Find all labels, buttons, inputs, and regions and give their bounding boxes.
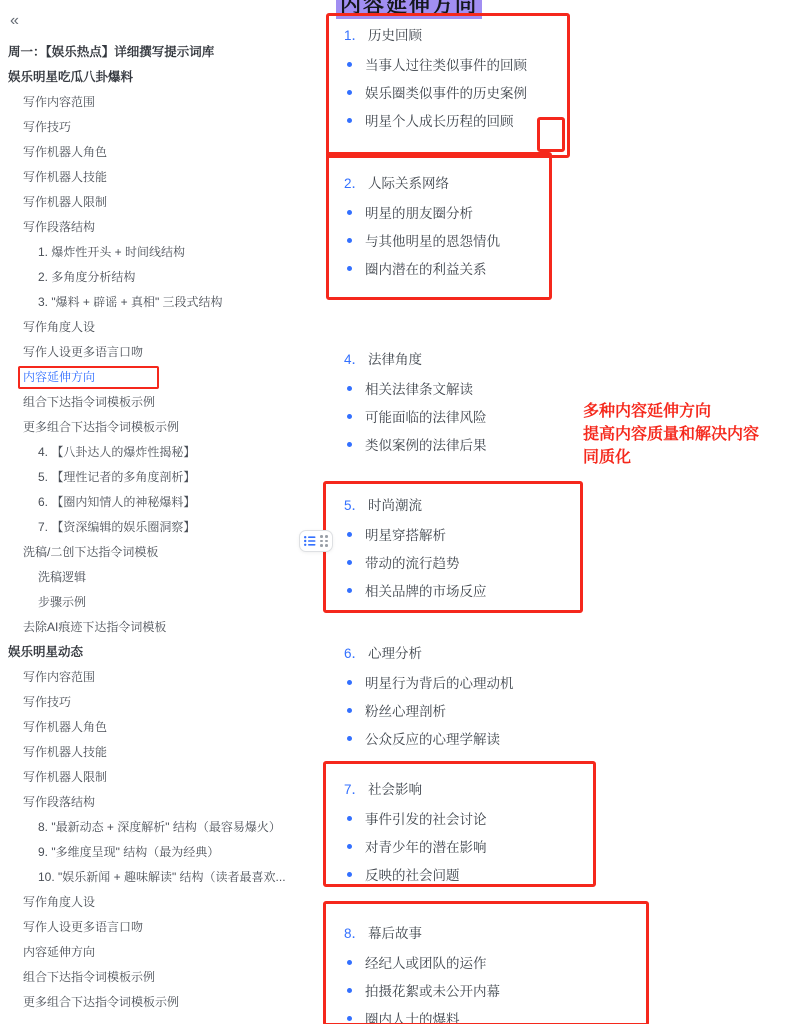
sidebar-item-label: 洗稿/二创下达指令词模板: [23, 545, 158, 559]
bullet-text: 圈内人士的爆料: [365, 1008, 460, 1024]
sidebar-item[interactable]: 写作机器人技能: [0, 740, 325, 765]
sidebar-item[interactable]: 内容延伸方向: [0, 365, 325, 390]
sidebar-item[interactable]: 6. 【圈内知情人的神秘爆料】: [0, 490, 325, 515]
section-heading[interactable]: 7．社会影响: [344, 776, 487, 804]
bullet-dot-icon: [347, 872, 352, 877]
section-title: 历史回顾: [368, 28, 422, 43]
section-number: 5．: [344, 498, 365, 513]
bullet-dot-icon: [347, 588, 352, 593]
bullet-item[interactable]: 公众反应的心理学解读: [344, 724, 514, 752]
sidebar-item[interactable]: 内容延伸方向: [0, 940, 325, 965]
sidebar-item[interactable]: 更多组合下达指令词模板示例: [0, 415, 325, 440]
bullet-dot-icon: [347, 442, 352, 447]
bullet-text: 相关品牌的市场反应: [365, 580, 487, 600]
bullet-text: 娱乐圈类似事件的历史案例: [365, 82, 527, 102]
bullet-item[interactable]: 娱乐圈类似事件的历史案例: [344, 78, 527, 106]
bullet-dot-icon: [347, 532, 352, 537]
bullet-dot-icon: [347, 680, 352, 685]
section-number: 1．: [344, 28, 365, 43]
bullet-dot-icon: [347, 386, 352, 391]
bullet-item[interactable]: 带动的流行趋势: [344, 548, 487, 576]
sidebar-item-label: 写作段落结构: [23, 795, 95, 809]
sidebar-item-label: 更多组合下达指令词模板示例: [23, 420, 179, 434]
bullet-item[interactable]: 明星的朋友圈分析: [344, 198, 500, 226]
bullet-item[interactable]: 与其他明星的恩怨情仇: [344, 226, 500, 254]
doc-section: 1．历史回顾当事人过往类似事件的回顾娱乐圈类似事件的历史案例明星个人成长历程的回…: [344, 22, 527, 134]
doc-section: 2．人际关系网络明星的朋友圈分析与其他明星的恩怨情仇圈内潜在的利益关系: [344, 170, 500, 282]
sidebar-item[interactable]: 写作技巧: [0, 115, 325, 140]
sidebar-item[interactable]: 9. "多维度呈现" 结构（最为经典）: [0, 840, 325, 865]
sidebar-item-label: 洗稿逻辑: [38, 570, 86, 584]
bullet-dot-icon: [347, 960, 352, 965]
sidebar-item[interactable]: 10. "娱乐新闻 + 趣味解读" 结构（读者最喜欢...: [0, 865, 325, 890]
bullet-text: 对青少年的潜在影响: [365, 836, 487, 856]
bullet-item[interactable]: 圈内人士的爆料: [344, 1004, 500, 1024]
bullet-dot-icon: [347, 736, 352, 741]
bullet-text: 圈内潜在的利益关系: [365, 258, 487, 278]
sidebar-item-label: 周一：【娱乐热点】详细撰写提示词库: [8, 45, 214, 59]
section-title: 时尚潮流: [368, 498, 422, 513]
section-heading[interactable]: 5．时尚潮流: [344, 492, 487, 520]
bullet-item[interactable]: 圈内潜在的利益关系: [344, 254, 500, 282]
bullet-dot-icon: [347, 560, 352, 565]
section-number: 8．: [344, 926, 365, 941]
bullet-dot-icon: [347, 414, 352, 419]
sidebar-item[interactable]: 写作机器人技能: [0, 165, 325, 190]
sidebar-item-label: 10. "娱乐新闻 + 趣味解读" 结构（读者最喜欢...: [38, 870, 286, 884]
bullet-item[interactable]: 可能面临的法律风险: [344, 402, 487, 430]
sidebar-item-label: 写作技巧: [23, 695, 71, 709]
bullet-dot-icon: [347, 988, 352, 993]
bullet-dot-icon: [347, 238, 352, 243]
document-outline-sidebar: 周一：【娱乐热点】详细撰写提示词库娱乐明星吃瓜八卦爆料写作内容范围写作技巧写作机…: [0, 40, 325, 1015]
section-title: 人际关系网络: [368, 176, 449, 191]
sidebar-item[interactable]: 3. "爆料 + 辟谣 + 真相" 三段式结构: [0, 290, 325, 315]
sidebar-item[interactable]: 写作机器人限制: [0, 190, 325, 215]
sidebar-item-label: 9. "多维度呈现" 结构（最为经典）: [38, 845, 219, 859]
sidebar-item-label: 写作角度人设: [23, 895, 95, 909]
list-icon: [303, 534, 317, 548]
sidebar-item[interactable]: 写作段落结构: [0, 790, 325, 815]
bullet-item[interactable]: 对青少年的潜在影响: [344, 832, 487, 860]
bullet-text: 明星的朋友圈分析: [365, 202, 473, 222]
bullet-text: 类似案例的法律后果: [365, 434, 487, 454]
bullet-text: 拍摄花絮或未公开内幕: [365, 980, 500, 1000]
annotation-note-line: 提高内容质量和解决内容: [583, 423, 759, 446]
bullet-dot-icon: [347, 708, 352, 713]
chevron-double-left-icon: «: [10, 12, 19, 29]
page-title[interactable]: 内容延伸方向: [336, 0, 482, 19]
sidebar-item[interactable]: 写作内容范围: [0, 90, 325, 115]
sidebar-item-label: 写作角度人设: [23, 320, 95, 334]
bullet-item[interactable]: 反映的社会问题: [344, 860, 487, 888]
sidebar-item[interactable]: 写作角度人设: [0, 315, 325, 340]
section-title: 幕后故事: [368, 926, 422, 941]
annotation-note-line: 同质化: [583, 446, 759, 469]
sidebar-item-label: 写作内容范围: [23, 95, 95, 109]
sidebar-item[interactable]: 4. 【八卦达人的爆炸性揭秘】: [0, 440, 325, 465]
section-number: 7．: [344, 782, 365, 797]
bullet-item[interactable]: 明星行为背后的心理动机: [344, 668, 514, 696]
bullet-item[interactable]: 类似案例的法律后果: [344, 430, 487, 458]
sidebar-item-label: 更多组合下达指令词模板示例: [23, 995, 179, 1009]
sidebar-item-label: 写作人设更多语言口吻: [23, 345, 143, 359]
sidebar-item-label: 写作段落结构: [23, 220, 95, 234]
bullet-text: 当事人过往类似事件的回顾: [365, 54, 527, 74]
bullet-dot-icon: [347, 266, 352, 271]
bullet-text: 事件引发的社会讨论: [365, 808, 487, 828]
section-title: 法律角度: [368, 352, 422, 367]
doc-section: 7．社会影响事件引发的社会讨论对青少年的潜在影响反映的社会问题: [344, 776, 487, 888]
sidebar-item-label: 组合下达指令词模板示例: [23, 395, 155, 409]
bullet-item[interactable]: 明星个人成长历程的回顾: [344, 106, 527, 134]
doc-section: 4．法律角度相关法律条文解读可能面临的法律风险类似案例的法律后果: [344, 346, 487, 458]
sidebar-item[interactable]: 7. 【资深编辑的娱乐圈洞察】: [0, 515, 325, 540]
section-heading[interactable]: 6．心理分析: [344, 640, 514, 668]
sidebar-item[interactable]: 写作人设更多语言口吻: [0, 340, 325, 365]
sidebar-item-label: 写作机器人技能: [23, 170, 107, 184]
doc-section: 6．心理分析明星行为背后的心理动机粉丝心理剖析公众反应的心理学解读: [344, 640, 514, 752]
bullet-item[interactable]: 经纪人或团队的运作: [344, 948, 500, 976]
bullet-dot-icon: [347, 210, 352, 215]
sidebar-item-label: 娱乐明星吃瓜八卦爆料: [8, 70, 133, 84]
sidebar-item[interactable]: 组合下达指令词模板示例: [0, 965, 325, 990]
sidebar-item[interactable]: 写作机器人角色: [0, 140, 325, 165]
sidebar-item[interactable]: 5. 【理性记者的多角度剖析】: [0, 465, 325, 490]
bullet-text: 经纪人或团队的运作: [365, 952, 487, 972]
bullet-text: 反映的社会问题: [365, 864, 460, 884]
sidebar-item-label: 5. 【理性记者的多角度剖析】: [38, 470, 195, 484]
drag-dots-icon: [319, 534, 329, 548]
sidebar-item[interactable]: 写作技巧: [0, 690, 325, 715]
sidebar-item-label: 娱乐明星动态: [8, 645, 83, 659]
sidebar-item-label: 7. 【资深编辑的娱乐圈洞察】: [38, 520, 195, 534]
bullet-dot-icon: [347, 816, 352, 821]
bullet-text: 与其他明星的恩怨情仇: [365, 230, 500, 250]
section-number: 4．: [344, 352, 365, 367]
sidebar-item-label: 写作机器人技能: [23, 745, 107, 759]
bullet-item[interactable]: 粉丝心理剖析: [344, 696, 514, 724]
sidebar-item-label: 内容延伸方向: [18, 366, 159, 389]
bullet-dot-icon: [347, 118, 352, 123]
bullet-text: 公众反应的心理学解读: [365, 728, 500, 748]
bullet-dot-icon: [347, 1016, 352, 1021]
sidebar-item[interactable]: 娱乐明星动态: [0, 640, 325, 665]
sidebar-item[interactable]: 娱乐明星吃瓜八卦爆料: [0, 65, 325, 90]
bullet-dot-icon: [347, 62, 352, 67]
sidebar-item-label: 8. "最新动态 + 深度解析" 结构（最容易爆火）: [38, 820, 281, 834]
section-heading[interactable]: 2．人际关系网络: [344, 170, 500, 198]
sidebar-item-label: 6. 【圈内知情人的神秘爆料】: [38, 495, 195, 509]
section-heading[interactable]: 4．法律角度: [344, 346, 487, 374]
annotation-box-small: [537, 117, 565, 152]
sidebar-item[interactable]: 洗稿逻辑: [0, 565, 325, 590]
sidebar-collapse-button[interactable]: «: [10, 12, 19, 30]
bullet-text: 明星个人成长历程的回顾: [365, 110, 514, 130]
section-number: 6．: [344, 646, 365, 661]
block-handle[interactable]: [299, 530, 333, 552]
sidebar-item-label: 去除AI痕迹下达指令词模板: [23, 620, 166, 634]
sidebar-item[interactable]: 写作机器人角色: [0, 715, 325, 740]
bullet-item[interactable]: 明星穿搭解析: [344, 520, 487, 548]
sidebar-item[interactable]: 洗稿/二创下达指令词模板: [0, 540, 325, 565]
sidebar-item[interactable]: 写作机器人限制: [0, 765, 325, 790]
sidebar-item-label: 2. 多角度分析结构: [38, 270, 135, 284]
bullet-text: 明星行为背后的心理动机: [365, 672, 514, 692]
sidebar-item-label: 写作人设更多语言口吻: [23, 920, 143, 934]
bullet-item[interactable]: 相关品牌的市场反应: [344, 576, 487, 604]
bullet-text: 可能面临的法律风险: [365, 406, 487, 426]
sidebar-item-label: 3. "爆料 + 辟谣 + 真相" 三段式结构: [38, 295, 223, 309]
sidebar-item[interactable]: 步骤示例: [0, 590, 325, 615]
section-heading[interactable]: 8．幕后故事: [344, 920, 500, 948]
section-title: 心理分析: [368, 646, 422, 661]
section-heading[interactable]: 1．历史回顾: [344, 22, 527, 50]
bullet-text: 带动的流行趋势: [365, 552, 460, 572]
bullet-text: 相关法律条文解读: [365, 378, 473, 398]
sidebar-item[interactable]: 周一：【娱乐热点】详细撰写提示词库: [0, 40, 325, 65]
sidebar-item-label: 写作机器人角色: [23, 145, 107, 159]
bullet-item[interactable]: 事件引发的社会讨论: [344, 804, 487, 832]
sidebar-item-label: 写作机器人限制: [23, 770, 107, 784]
bullet-text: 粉丝心理剖析: [365, 700, 446, 720]
sidebar-item-label: 组合下达指令词模板示例: [23, 970, 155, 984]
sidebar-item[interactable]: 1. 爆炸性开头 + 时间线结构: [0, 240, 325, 265]
sidebar-item-label: 步骤示例: [38, 595, 86, 609]
sidebar-item-label: 写作内容范围: [23, 670, 95, 684]
doc-section: 5．时尚潮流明星穿搭解析带动的流行趋势相关品牌的市场反应: [344, 492, 487, 604]
bullet-text: 明星穿搭解析: [365, 524, 446, 544]
annotation-note: 多种内容延伸方向 提高内容质量和解决内容 同质化: [583, 400, 759, 469]
bullet-dot-icon: [347, 90, 352, 95]
section-number: 2．: [344, 176, 365, 191]
sidebar-item[interactable]: 组合下达指令词模板示例: [0, 390, 325, 415]
bullet-item[interactable]: 相关法律条文解读: [344, 374, 487, 402]
sidebar-item[interactable]: 写作人设更多语言口吻: [0, 915, 325, 940]
section-title: 社会影响: [368, 782, 422, 797]
sidebar-item-label: 写作机器人角色: [23, 720, 107, 734]
sidebar-item[interactable]: 8. "最新动态 + 深度解析" 结构（最容易爆火）: [0, 815, 325, 840]
sidebar-item-label: 1. 爆炸性开头 + 时间线结构: [38, 245, 185, 259]
sidebar-item[interactable]: 写作内容范围: [0, 665, 325, 690]
annotation-note-line: 多种内容延伸方向: [583, 400, 759, 423]
sidebar-item[interactable]: 去除AI痕迹下达指令词模板: [0, 615, 325, 640]
sidebar-item-label: 内容延伸方向: [23, 945, 95, 959]
sidebar-item[interactable]: 写作角度人设: [0, 890, 325, 915]
bullet-dot-icon: [347, 844, 352, 849]
bullet-item[interactable]: 拍摄花絮或未公开内幕: [344, 976, 500, 1004]
doc-section: 8．幕后故事经纪人或团队的运作拍摄花絮或未公开内幕圈内人士的爆料: [344, 920, 500, 1024]
sidebar-item-label: 写作机器人限制: [23, 195, 107, 209]
sidebar-item[interactable]: 2. 多角度分析结构: [0, 265, 325, 290]
sidebar-item-label: 4. 【八卦达人的爆炸性揭秘】: [38, 445, 195, 459]
sidebar-item[interactable]: 写作段落结构: [0, 215, 325, 240]
sidebar-item-label: 写作技巧: [23, 120, 71, 134]
bullet-item[interactable]: 当事人过往类似事件的回顾: [344, 50, 527, 78]
sidebar-item[interactable]: 更多组合下达指令词模板示例: [0, 990, 325, 1015]
